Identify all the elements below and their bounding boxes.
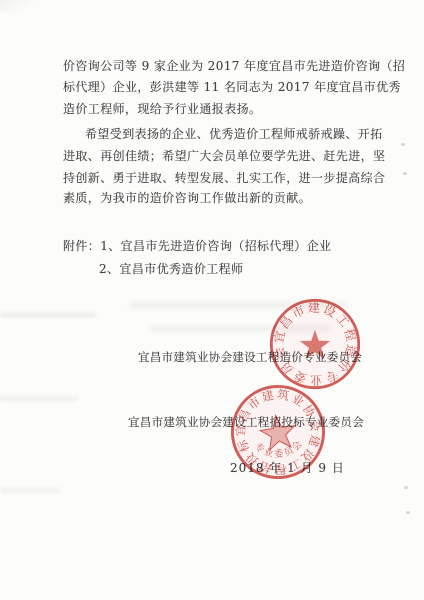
scan-speck	[404, 486, 408, 489]
attachment-line-2: 2、宜昌市优秀造价工程师	[99, 263, 243, 276]
document-page: 价咨询公司等 9 家企业为 2017 年度宜昌市先进造价咨询（招 标代理）企业，…	[0, 0, 424, 600]
attachment-line-1: 附件：1、宜昌市先进造价咨询（招标代理）企业	[63, 240, 331, 253]
body-line-5: 进取、再创佳绩；希望广大会员单位要学先进、赶先进，坚	[63, 150, 385, 163]
official-seal-bidding-committee: 宜昌市建筑业协会建设工程招投标 专业委员会	[223, 377, 334, 488]
body-line-4: 希望受到表扬的企业、优秀造价工程师戒骄戒躁、开拓	[85, 128, 383, 141]
scan-streak	[0, 396, 78, 401]
scan-speck	[403, 172, 407, 175]
scan-streak	[0, 488, 60, 493]
scan-speck	[406, 511, 410, 514]
body-line-3: 造价工程师，现给予行业通报表扬。	[63, 103, 261, 116]
scan-speck	[401, 143, 405, 146]
body-line-2: 标代理）企业，彭洪建等 11 名同志为 2017 年度宜昌市优秀	[63, 81, 401, 94]
scan-streak	[0, 312, 96, 318]
body-line-7: 素质，为我市的造价咨询工作做出新的贡献。	[63, 192, 311, 205]
body-line-1: 价咨询公司等 9 家企业为 2017 年度宜昌市先进造价咨询（招	[63, 60, 405, 73]
scan-smudge	[0, 0, 43, 27]
body-line-6: 持创新、勇于进取、转型发展、扎实工作，进一步提高综合	[63, 172, 385, 185]
